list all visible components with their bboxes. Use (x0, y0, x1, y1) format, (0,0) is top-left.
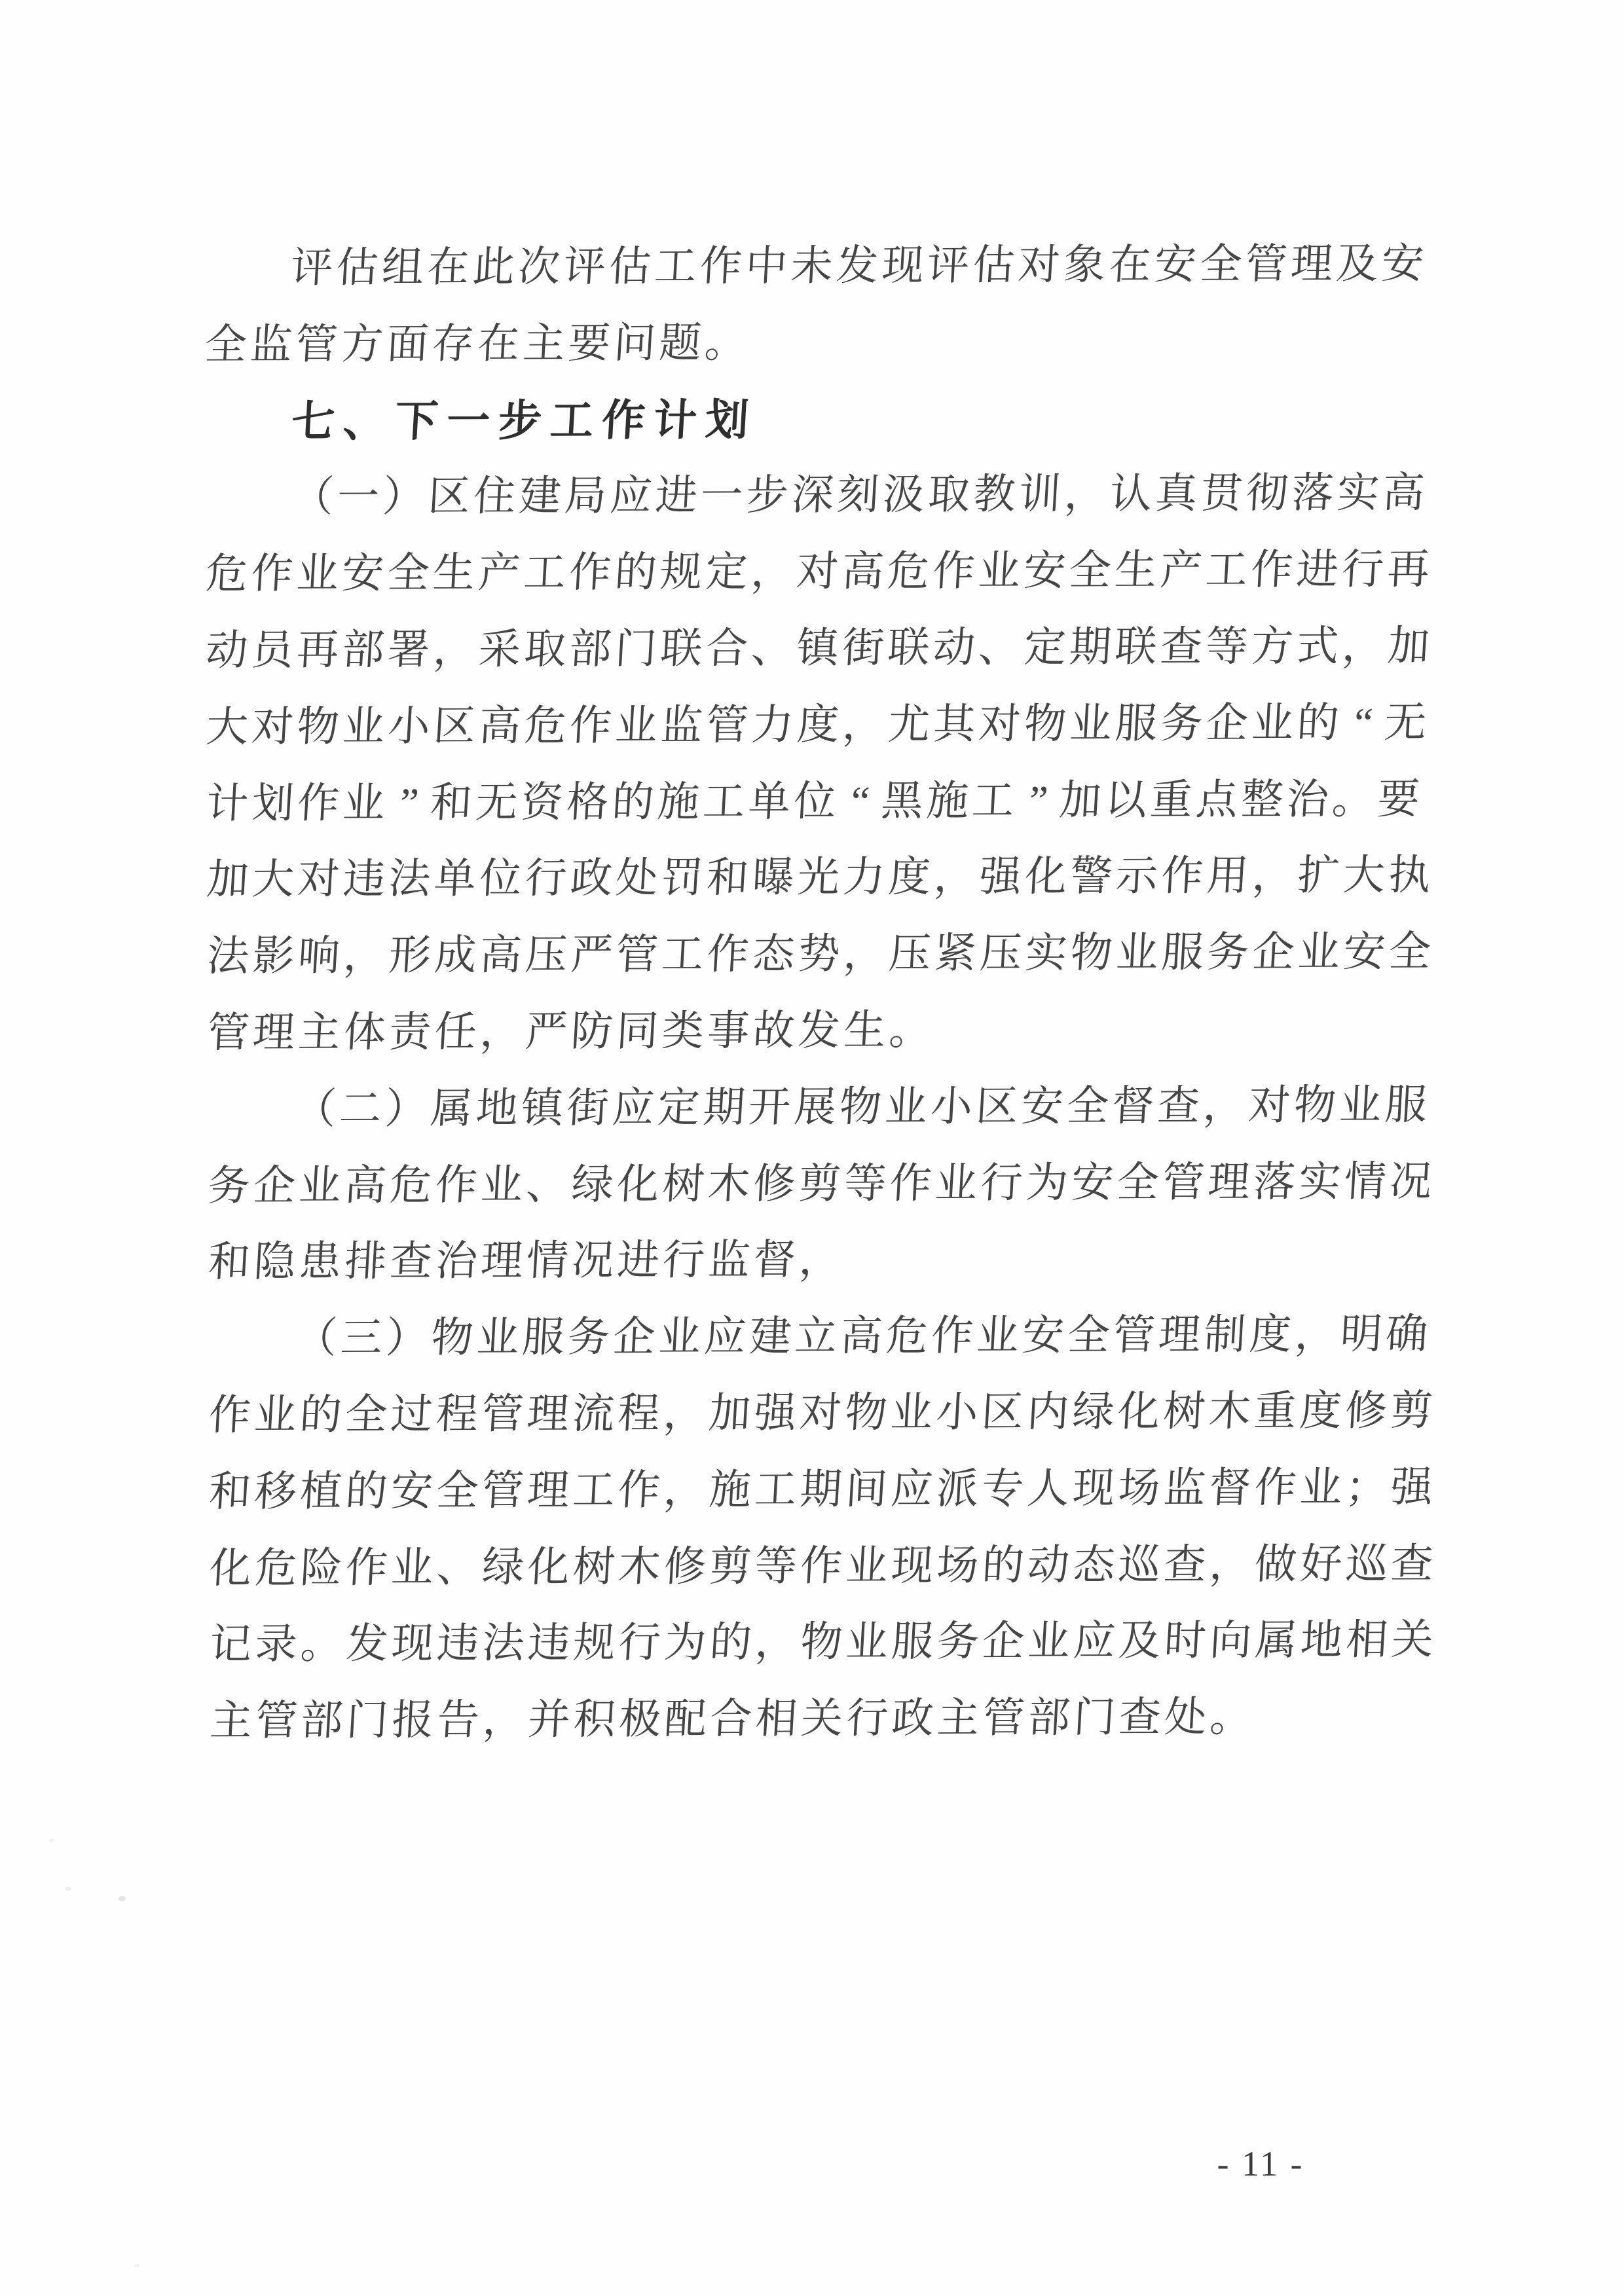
line-text: 评估组在此次评估工作中未发现评估对象在安全管理及安 (289, 240, 1428, 291)
text-line: 化危险作业、绿化树木修剪等作业现场的动态巡查，做好巡查 (208, 1525, 1441, 1607)
line-text: （二）属地镇街应定期开展物业小区安全督查，对物业服 (293, 1082, 1431, 1133)
text-line: 管理主体责任，严防同类事故发生。 (205, 991, 1438, 1072)
text-line: 法影响，形成高压严管工作态势，压紧压实物业服务企业安全 (205, 914, 1438, 995)
line-text: （一）区住建局应进一步深刻汲取教训，认真贯彻落实高 (291, 469, 1430, 520)
scan-speck (49, 1839, 54, 1842)
text-line: 计划作业”和无资格的施工单位“黑施工”加以重点整治。要 (204, 761, 1437, 842)
text-line: 评估组在此次评估工作中未发现评估对象在安全管理及安 (202, 226, 1435, 307)
text-line: （三）物业服务企业应建立高危作业安全管理制度，明确 (206, 1296, 1439, 1377)
line-text: 作业的全过程管理流程，加强对物业小区内绿化树木重度修剪 (208, 1387, 1437, 1438)
text-line: 全监管方面存在主要问题。 (202, 302, 1435, 384)
text-line: 作业的全过程管理流程，加强对物业小区内绿化树木重度修剪 (207, 1373, 1440, 1454)
text-line: 和隐患排查治理情况进行监督， (206, 1220, 1439, 1301)
line-text: 危作业安全生产工作的规定，对高危作业安全生产工作进行再 (204, 546, 1434, 597)
line-text: 大对物业小区高危作业监管力度，尤其对物业服务企业的“无 (205, 699, 1431, 750)
page-number: - 11 - (1172, 2136, 1349, 2192)
text-line: 危作业安全生产工作的规定，对高危作业安全生产工作进行再 (204, 532, 1437, 613)
text-line: （二）属地镇街应定期开展物业小区安全督查，对物业服 (206, 1067, 1439, 1148)
line-text: 七、下一步工作计划 (290, 395, 758, 445)
line-text: 全监管方面存在主要问题。 (204, 319, 752, 368)
line-text: 动员再部署，采取部门联合、镇街联动、定期联查等方式，加 (204, 623, 1434, 674)
line-text: 和移植的安全管理工作，施工期间应派专人现场监督作业；强 (208, 1464, 1437, 1515)
text-line: 主管部门报告，并积极配合相关行政主管部门查处。 (208, 1679, 1441, 1760)
text-line: 加大对违法单位行政处罚和曝光力度，强化警示作用，扩大执 (204, 837, 1437, 919)
line-text: 计划作业”和无资格的施工单位“黑施工”加以重点整治。要 (205, 775, 1424, 826)
line-text: （三）物业服务企业应建立高危作业安全管理制度，明确 (294, 1311, 1433, 1362)
text-line: 务企业高危作业、绿化树木修剪等作业行为安全管理落实情况 (206, 1143, 1439, 1224)
line-text: 管理主体责任，严防同类事故发生。 (206, 1007, 936, 1056)
text-line: 七、下一步工作计划 (203, 378, 1436, 460)
line-text: 主管部门报告，并积极配合相关行政主管部门查处。 (209, 1694, 1257, 1744)
scan-speck (134, 2264, 139, 2267)
line-text: 和隐患排查治理情况进行监督， (207, 1237, 846, 1286)
line-text: 法影响，形成高压严管工作态势，压紧压实物业服务企业安全 (206, 928, 1435, 979)
document-page: 评估组在此次评估工作中未发现评估对象在安全管理及安全监管方面存在主要问题。七、下… (0, 0, 1624, 2296)
text-line: 和移植的安全管理工作，施工期间应派专人现场监督作业；强 (207, 1449, 1440, 1531)
line-text: 化危险作业、绿化树木修剪等作业现场的动态巡查，做好巡查 (208, 1540, 1438, 1591)
scan-speck (65, 1887, 71, 1891)
scan-speck (119, 1896, 126, 1901)
line-text: 务企业高危作业、绿化树木修剪等作业行为安全管理落实情况 (207, 1157, 1437, 1209)
text-line: 动员再部署，采取部门联合、镇街联动、定期联查等方式，加 (204, 608, 1437, 689)
text-line: （一）区住建局应进一步深刻汲取教训，认真贯彻落实高 (203, 455, 1436, 536)
text-line: 记录。发现违法违规行为的，物业服务企业应及时向属地相关 (208, 1602, 1441, 1683)
line-text: 记录。发现违法违规行为的，物业服务企业应及时向属地相关 (208, 1616, 1438, 1667)
line-text: 加大对违法单位行政处罚和曝光力度，强化警示作用，扩大执 (206, 852, 1435, 903)
text-line: 大对物业小区高危作业监管力度，尤其对物业服务企业的“无 (204, 685, 1437, 766)
document-body: 评估组在此次评估工作中未发现评估对象在安全管理及安全监管方面存在主要问题。七、下… (204, 226, 1439, 1760)
